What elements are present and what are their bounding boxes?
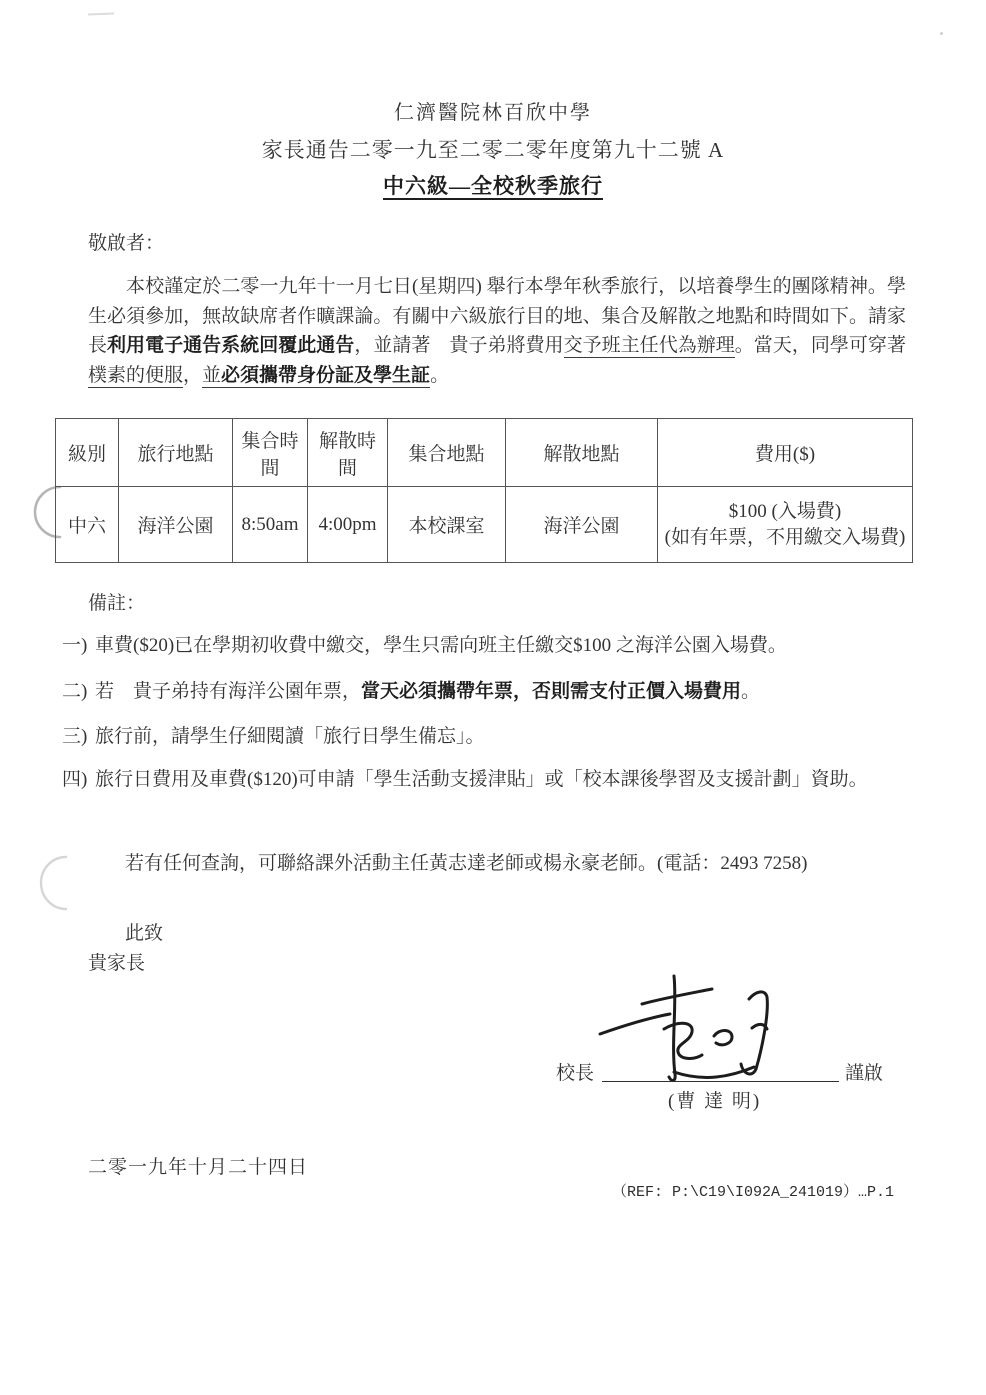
fee-amount: $100 (入場費) [661,499,909,525]
fee-note: (如有年票，不用繳交入場費) [661,525,909,551]
note-text: 旅行日費用及車費($120)可申請「學生活動支援津貼」或「校本課後學習及支援計劃… [95,764,868,791]
text-segment: ， [183,365,202,386]
note-item-2: 二) 若 貴子弟持有海洋公園年票，當天必須攜帶年票，否則需支付正價入場費用。 [62,676,760,703]
table-row: 中六 海洋公園 8:50am 4:00pm 本校課室 海洋公園 $100 (入場… [56,487,913,563]
school-name: 仁濟醫院林百欣中學 [0,96,986,125]
principal-signature [592,972,844,1094]
notice-title: 中六級—全校秋季旅行 [0,170,986,200]
reference-number: （REF: P:\C19\I092A_241019）…P.1 [612,1180,894,1201]
note-item-1: 一) 車費($20)已在學期初收費中繳交，學生只需向班主任繳交$100 之海洋公… [62,630,787,657]
text-segment: ，並請著 貴子弟將費用 [354,335,563,356]
notice-date: 二零一九年十月二十四日 [88,1152,308,1179]
hole-punch-mark [28,850,86,914]
text-segment: 。當天，同學可穿著 [735,335,906,356]
note-number: 四) [62,764,95,791]
col-header-assembly-place: 集合地點 [388,419,506,487]
trip-details-table: 級別 旅行地點 集合時間 解散時間 集合地點 解散地點 費用($) 中六 海洋公… [55,418,913,563]
closing-dear-parents: 貴家長 [88,948,145,975]
cell-assembly-place: 本校課室 [388,487,506,563]
col-header-fee: 費用($) [658,419,913,487]
cell-dismissal-time: 4:00pm [308,487,388,563]
salutation: 敬啟者： [88,228,164,255]
principal-name: (曹 達 明) [668,1086,761,1113]
document-page: 仁濟醫院林百欣中學 家長通告二零一九至二零二零年度第九十二號 A 中六級—全校秋… [0,0,986,1395]
table-header-row: 級別 旅行地點 集合時間 解散時間 集合地點 解散地點 費用($) [56,419,913,487]
text-segment-underline: 交予班主任代為辦理 [564,335,735,358]
col-header-assembly-time: 集合時間 [233,419,308,487]
closing-this-to: 此致 [125,918,163,945]
notice-number: 家長通告二零一九至二零二零年度第九十二號 A [0,134,986,164]
scan-speck [940,32,943,35]
text-segment-bold: 利用電子通告系統回覆此通告 [107,335,354,356]
note-item-3: 三) 旅行前，請學生仔細閱讀「旅行日學生備忘」。 [62,721,485,748]
note-number: 一) [62,630,95,657]
cell-level: 中六 [56,487,119,563]
intro-paragraph: 本校謹定於二零一九年十一月七日(星期四) 舉行本學年秋季旅行，以培養學生的團隊精… [88,272,906,390]
cell-assembly-time: 8:50am [233,487,308,563]
notes-heading: 備註： [88,588,145,615]
text-segment: 若 貴子弟持有海洋公園年票， [95,681,361,702]
text-segment-bold: 當天必須攜帶年票，否則需支付正價入場費用 [361,681,741,702]
cell-dismissal-place: 海洋公園 [506,487,658,563]
col-header-dismissal-place: 解散地點 [506,419,658,487]
note-number: 二) [62,676,95,703]
cell-fee: $100 (入場費) (如有年票，不用繳交入場費) [658,487,913,563]
note-text: 若 貴子弟持有海洋公園年票，當天必須攜帶年票，否則需支付正價入場費用。 [95,676,760,703]
text-segment: 。 [741,681,760,702]
note-text: 車費($20)已在學期初收費中繳交，學生只需向班主任繳交$100 之海洋公園入場… [95,630,787,657]
note-text: 旅行前，請學生仔細閱讀「旅行日學生備忘」。 [95,721,485,748]
col-header-level: 級別 [56,419,119,487]
text-segment-underline: 樸素的便服 [88,365,183,388]
col-header-destination: 旅行地點 [119,419,233,487]
signature-line [602,1081,839,1082]
text-segment-bold-underline: 必須攜帶身份証及學生証 [221,365,430,388]
scan-smudge [88,13,114,16]
col-header-dismissal-time: 解散時間 [308,419,388,487]
note-item-4: 四) 旅行日費用及車費($120)可申請「學生活動支援津貼」或「校本課後學習及支… [62,764,868,791]
cell-destination: 海洋公園 [119,487,233,563]
text-segment-underline: 並 [202,365,221,388]
principal-label: 校長 [556,1058,594,1085]
respectfully-label: 謹啟 [845,1058,883,1085]
text-segment: 。 [430,365,449,386]
contact-line: 若有任何查詢，可聯絡課外活動主任黃志達老師或楊永豪老師。(電話：2493 725… [125,848,807,875]
note-number: 三) [62,721,95,748]
